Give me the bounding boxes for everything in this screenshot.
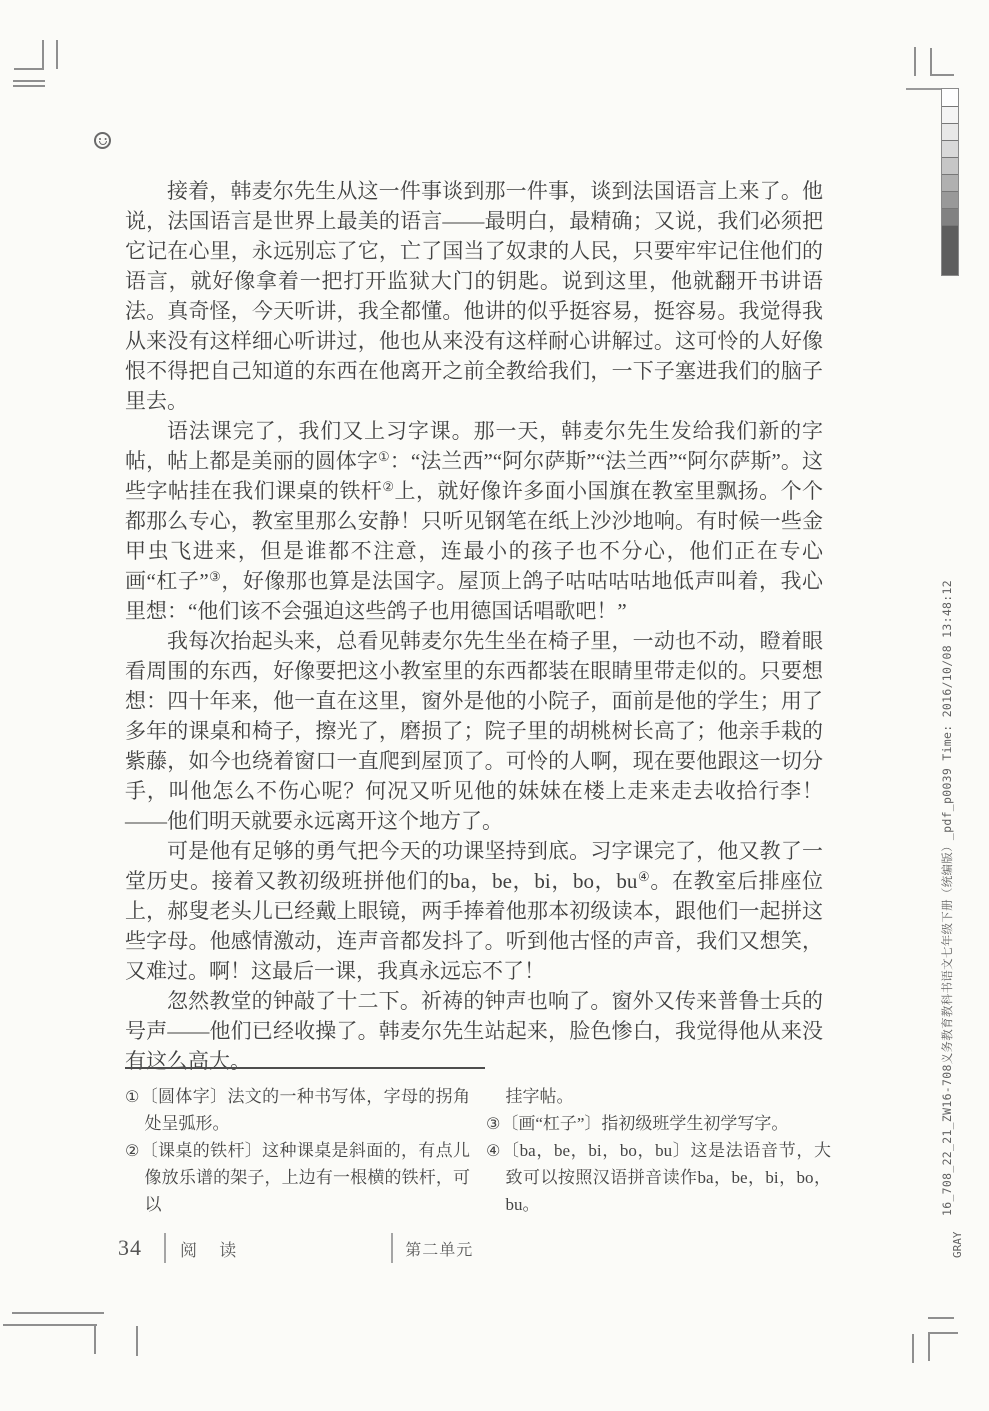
footer-divider xyxy=(164,1233,166,1263)
grayscale-step xyxy=(942,225,958,275)
crop-mark xyxy=(928,1332,958,1334)
crop-mark xyxy=(930,48,932,76)
grayscale-step xyxy=(942,89,958,106)
crop-mark xyxy=(14,68,44,70)
footnote-ref: ② xyxy=(382,479,394,494)
grayscale-step xyxy=(942,191,958,208)
crop-mark xyxy=(56,40,58,69)
print-info-text: 16_708_22_21_ZW16-708义务教育教科书语文七年级下册（统编版）… xyxy=(939,580,955,1216)
grayscale-tick-mark xyxy=(906,88,941,90)
crop-mark xyxy=(13,80,45,82)
footnote-ref: ① xyxy=(378,449,390,464)
article-paragraph: 我每次抬起头来，总看见韩麦尔先生坐在椅子里，一动也不动，瞪着眼看周围的东西，好像… xyxy=(125,626,823,836)
footnote-item: ①〔圆体字〕法文的一种书写体，字母的拐角处呈弧形。 xyxy=(125,1083,470,1137)
footnote-separator xyxy=(125,1067,485,1069)
crop-mark xyxy=(928,1332,930,1361)
footer-divider xyxy=(391,1233,393,1263)
article-paragraph: 语法课完了，我们又上习字课。那一天，韩麦尔先生发给我们新的字帖，帖上都是美丽的圆… xyxy=(125,416,823,626)
crop-mark xyxy=(912,1334,914,1363)
footnote-item: ②〔课桌的铁杆〕这种课桌是斜面的，有点儿像放乐谱的架子，上边有一根横的铁杆，可以 xyxy=(125,1137,470,1218)
footnote-marker: ③ xyxy=(486,1114,500,1133)
footnote-item: ④〔ba，be，bi，bo，bu〕这是法语音节，大致可以按照汉语拼音读作ba，b… xyxy=(486,1137,831,1218)
crop-mark xyxy=(136,1326,138,1356)
crop-mark xyxy=(3,1324,97,1326)
footnote-ref: ④ xyxy=(637,869,650,884)
footnotes-left-column: ①〔圆体字〕法文的一种书写体，字母的拐角处呈弧形。②〔课桌的铁杆〕这种课桌是斜面… xyxy=(125,1083,470,1218)
textbook-page: 接着，韩麦尔先生从这一件事谈到那一件事，谈到法国语言上来了。他说，法国语言是世界… xyxy=(0,0,989,1411)
article-paragraph: 可是他有足够的勇气把今天的功课坚持到底。习字课完了，他又教了一堂历史。接着又教初… xyxy=(125,836,823,986)
unit-label: 第二单元 xyxy=(405,1237,473,1260)
section-label: 阅 读 xyxy=(180,1236,245,1261)
grayscale-step xyxy=(942,106,958,123)
crop-mark xyxy=(13,85,45,87)
grayscale-step xyxy=(942,140,958,157)
page-footer: 34 阅 读 第二单元 xyxy=(118,1230,473,1266)
grayscale-step xyxy=(942,208,958,225)
smiley-face-icon xyxy=(94,132,111,149)
footnote-marker: ② xyxy=(125,1141,140,1160)
grayscale-step xyxy=(942,174,958,191)
crop-mark xyxy=(928,1317,954,1319)
crop-mark xyxy=(42,40,44,69)
article-paragraph: 忽然教堂的钟敲了十二下。祈祷的钟声也响了。窗外又传来普鲁士兵的号声——他们已经收… xyxy=(125,986,823,1076)
crop-mark xyxy=(914,47,916,76)
article-body: 接着，韩麦尔先生从这一件事谈到那一件事，谈到法国语言上来了。他说，法国语言是世界… xyxy=(125,176,823,1076)
footnote-item: 挂字帖。 xyxy=(486,1083,831,1110)
footnote-marker: ④ xyxy=(486,1141,501,1160)
grayscale-step xyxy=(942,123,958,140)
gray-label: GRAY xyxy=(951,1232,964,1259)
footnotes-right-column: 挂字帖。③〔画“杠子”〕指初级班学生初学写字。④〔ba，be，bi，bo，bu〕… xyxy=(486,1083,831,1218)
article-paragraph: 接着，韩麦尔先生从这一件事谈到那一件事，谈到法国语言上来了。他说，法国语言是世界… xyxy=(125,176,823,416)
footnote-item: ③〔画“杠子”〕指初级班学生初学写字。 xyxy=(486,1110,831,1137)
crop-mark xyxy=(930,74,954,76)
grayscale-calibration-strip xyxy=(941,88,959,276)
page-number: 34 xyxy=(118,1235,142,1261)
grayscale-step xyxy=(942,157,958,174)
crop-mark xyxy=(94,1324,96,1354)
footnotes-section: ①〔圆体字〕法文的一种书写体，字母的拐角处呈弧形。②〔课桌的铁杆〕这种课桌是斜面… xyxy=(125,1083,847,1218)
crop-mark xyxy=(12,1312,104,1314)
footnote-ref: ③ xyxy=(209,569,222,584)
footnote-marker: ① xyxy=(125,1087,140,1106)
